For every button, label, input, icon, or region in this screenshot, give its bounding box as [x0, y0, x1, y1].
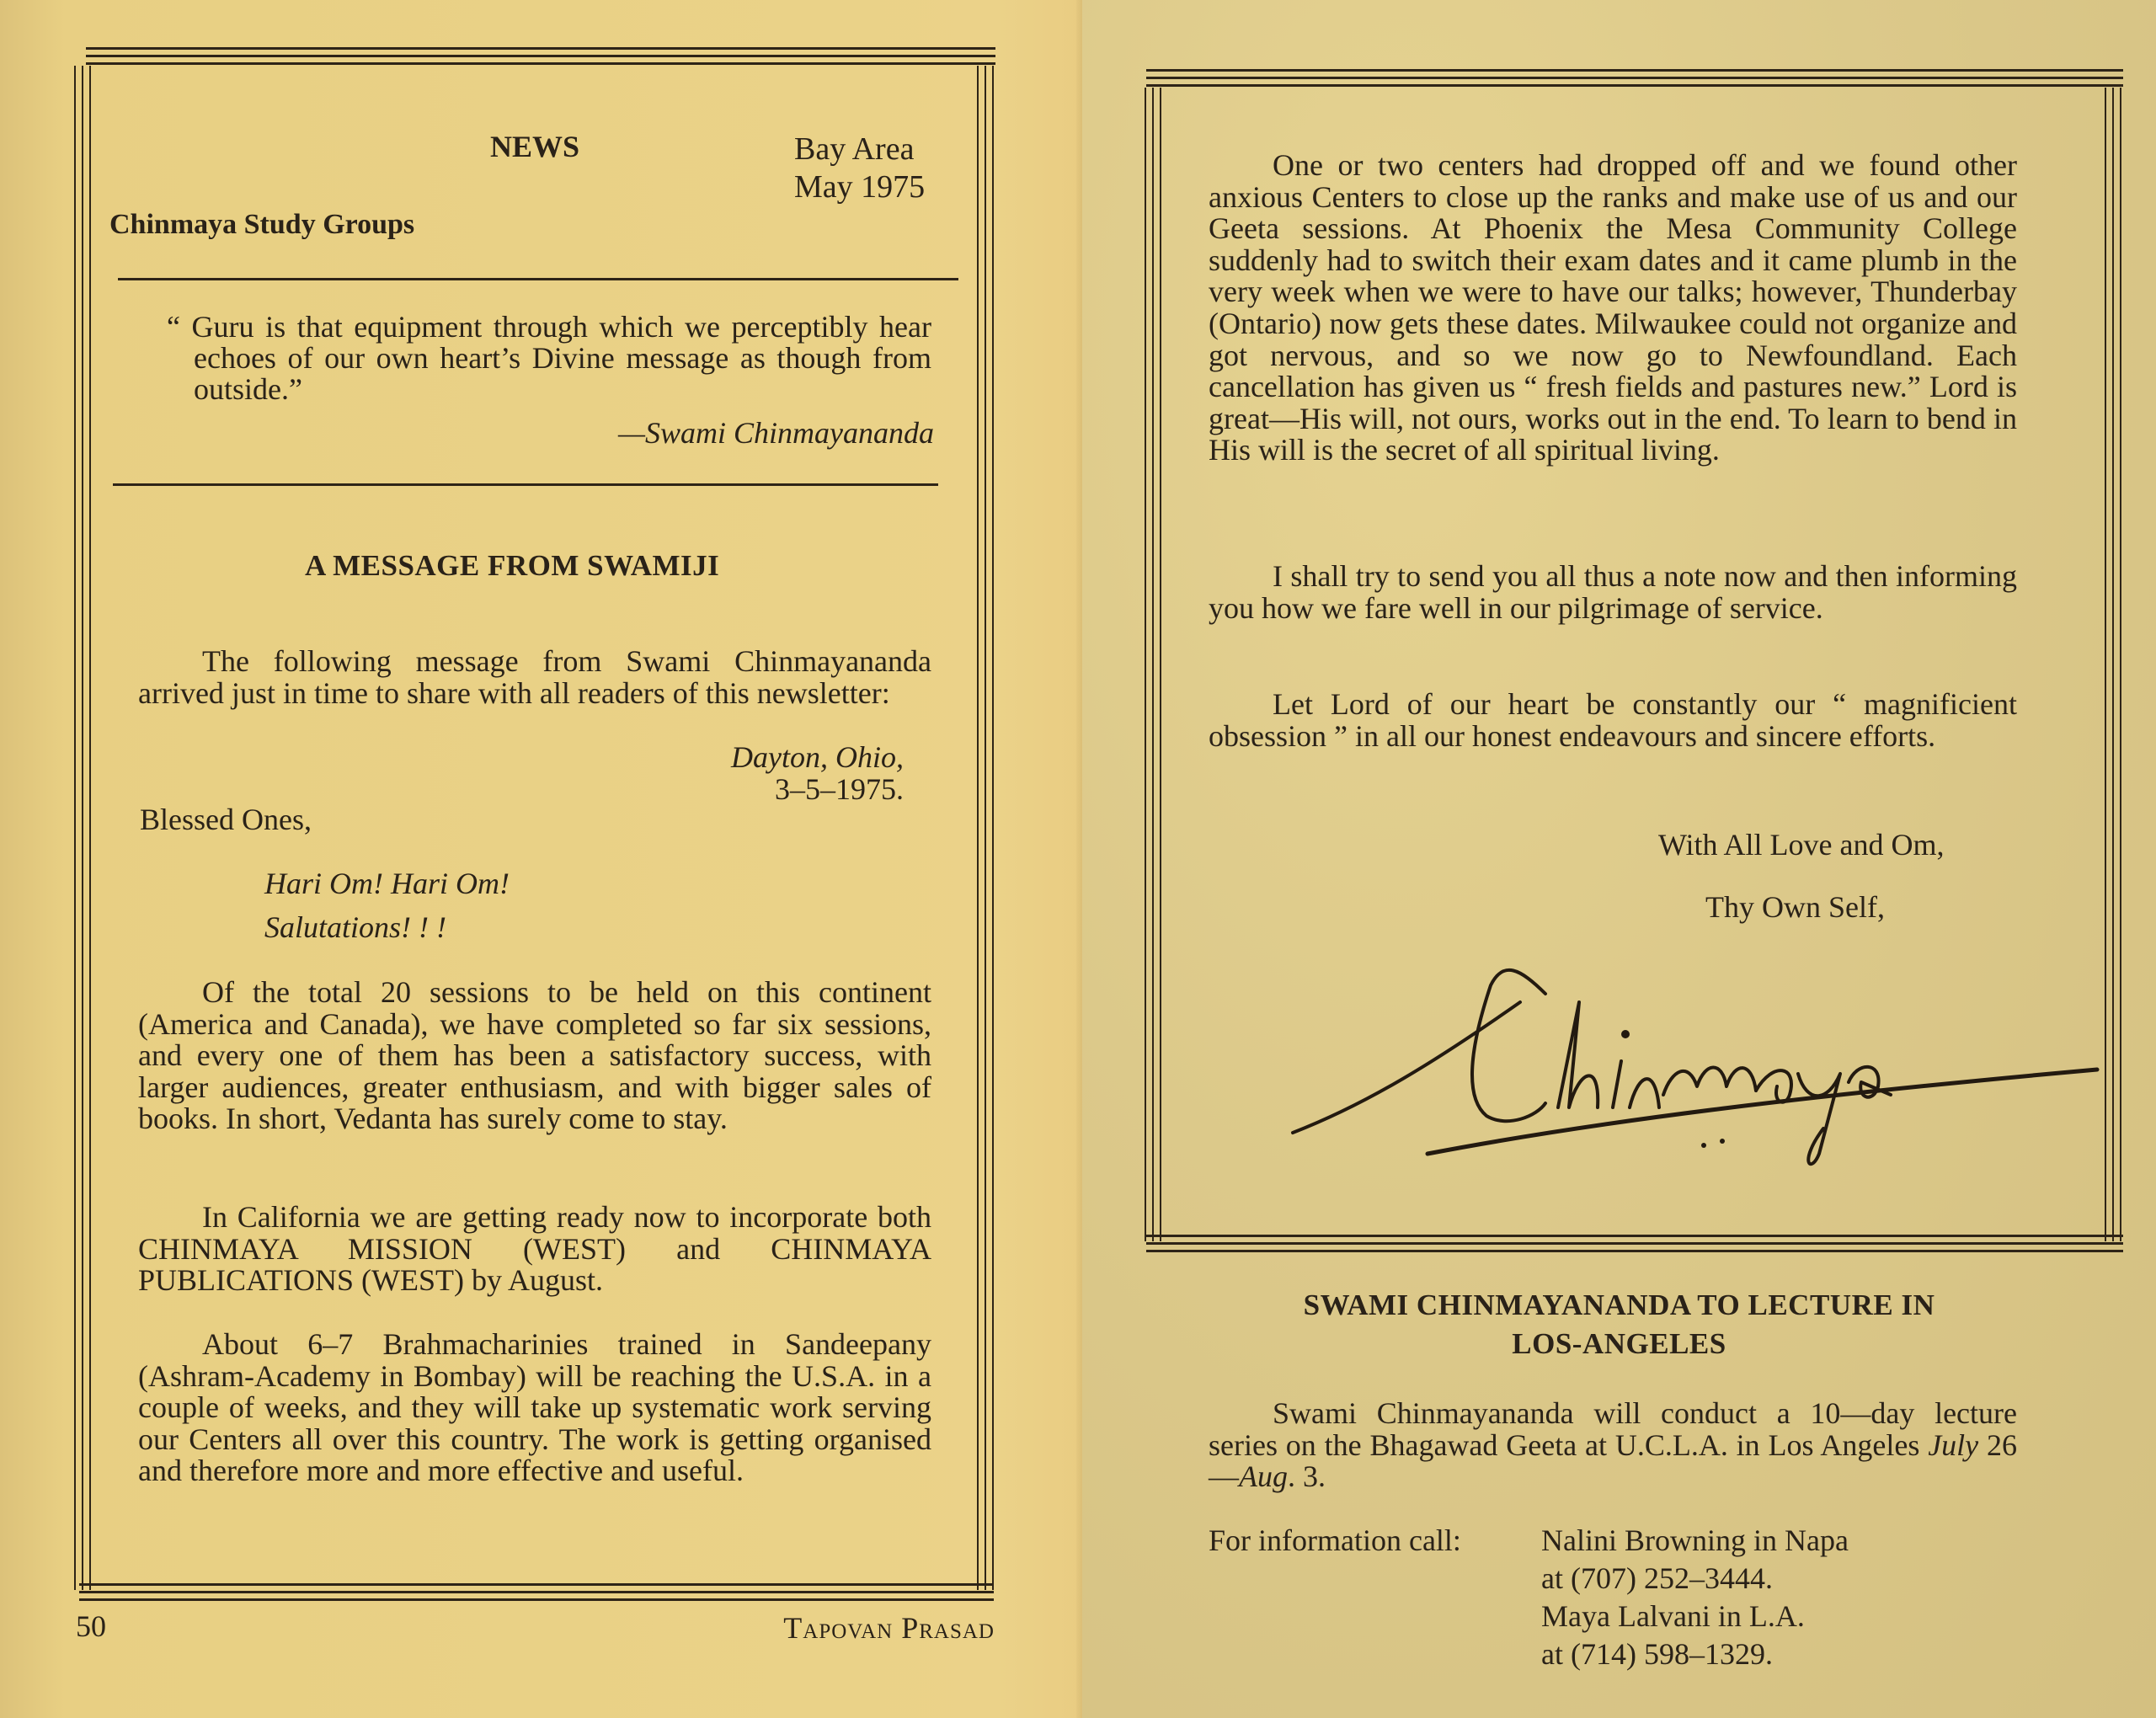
quote-divider: [113, 483, 938, 486]
header-divider: [118, 278, 958, 280]
left-border-rule: [74, 66, 93, 1590]
right-border-rule: [977, 66, 995, 1590]
contact-phone: at (714) 598–1329.: [1541, 1638, 1773, 1670]
announcement-body-text: Swami Chinmayananda will conduct a 10—da…: [1209, 1396, 2017, 1462]
bottom-border-rule: [1146, 1235, 2123, 1253]
announcement-heading-line-1: SWAMI CHINMAYANANDA TO LECTURE IN: [1082, 1288, 2156, 1322]
letter-sign-off: Thy Own Self,: [1705, 891, 1885, 923]
signature-chinmaya: [1267, 935, 2110, 1171]
quote-attribution: —Swami Chinmayananda: [618, 417, 934, 449]
start-month: July: [1928, 1428, 1978, 1462]
header-date: May 1975: [794, 171, 925, 203]
header-location: Bay Area: [794, 133, 914, 165]
dateline-date: 3–5–1975.: [775, 773, 904, 805]
article-heading: A MESSAGE FROM SWAMIJI: [305, 549, 719, 583]
guru-quote: “ Guru is that equipment through which w…: [167, 312, 931, 405]
article-paragraph: Of the total 20 sessions to be held on t…: [138, 977, 931, 1135]
greeting-salutations: Salutations! ! !: [264, 911, 446, 943]
announcement-body: Swami Chinmayananda will conduct a 10—da…: [1209, 1398, 2017, 1493]
letter-paragraph: Let Lord of our heart be constantly our …: [1209, 689, 2017, 752]
page-number: 50: [76, 1610, 106, 1642]
contact-phone: at (707) 252–3444.: [1541, 1562, 1773, 1594]
bottom-border-rule: [79, 1583, 994, 1602]
letter-closing: With All Love and Om,: [1658, 829, 1945, 861]
letter-paragraph: One or two centers had dropped off and w…: [1209, 150, 2017, 467]
left-border-rule: [1145, 88, 1163, 1241]
contact-label: For information call:: [1209, 1524, 1461, 1556]
article-paragraph: About 6–7 Brahmacharinies trained in San…: [138, 1329, 931, 1487]
salutation: Blessed Ones,: [140, 803, 312, 835]
end-day: . 3.: [1288, 1459, 1326, 1493]
contact-name: Maya Lalvani in L.A.: [1541, 1600, 1805, 1632]
greeting-hari-om: Hari Om! Hari Om!: [264, 867, 510, 899]
news-title: NEWS: [490, 131, 579, 163]
left-page: NEWS Bay Area May 1975 Chinmaya Study Gr…: [0, 0, 1082, 1718]
contact-name: Nalini Browning in Napa: [1541, 1524, 1849, 1556]
announcement-heading-line-2: LOS-ANGELES: [1082, 1327, 2156, 1361]
right-page: One or two centers had dropped off and w…: [1082, 0, 2156, 1718]
article-paragraph: In California we are getting ready now t…: [138, 1202, 931, 1297]
top-border-rule: [86, 47, 995, 66]
dateline-place: Dayton, Ohio,: [731, 741, 904, 773]
top-border-rule: [1146, 69, 2123, 88]
letter-paragraph: I shall try to send you all thus a note …: [1209, 561, 2017, 624]
publication-name: Tapovan Prasad: [783, 1612, 995, 1644]
end-month: Aug: [1239, 1459, 1288, 1493]
header-subtitle: Chinmaya Study Groups: [109, 209, 414, 241]
article-intro: The following message from Swami Chinmay…: [138, 645, 931, 709]
